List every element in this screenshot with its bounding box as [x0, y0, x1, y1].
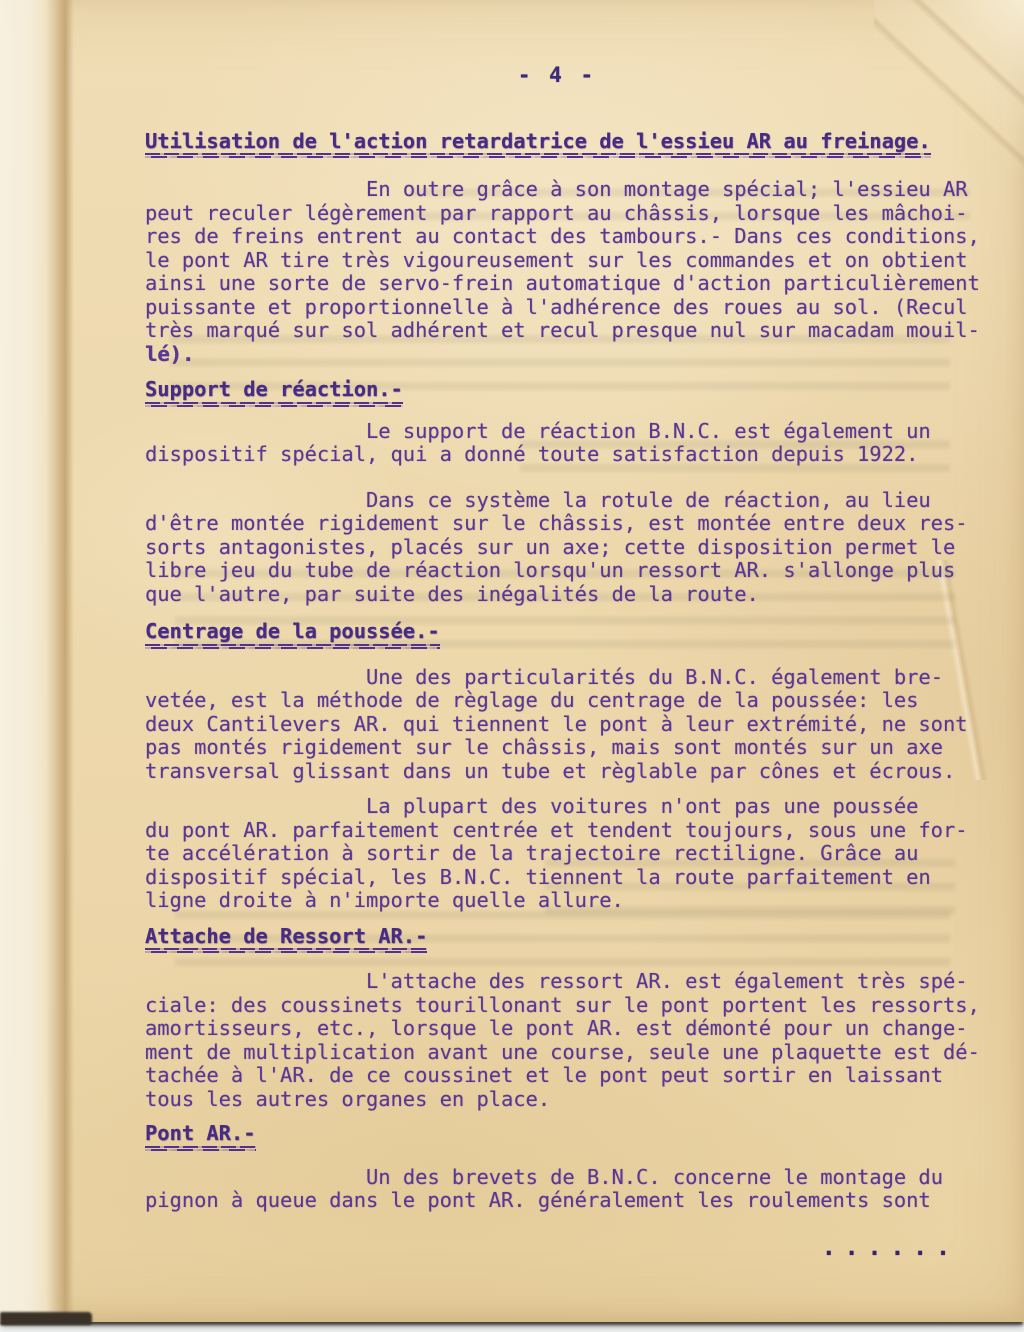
paragraph-text: La plupart des voitures n'ont pas une po… — [145, 794, 968, 912]
paragraph: Dans ce système la rotule de réaction, a… — [145, 489, 1007, 607]
paragraph: Un des brevets de B.N.C. concerne le mon… — [145, 1166, 1007, 1213]
footer-dots: ...... — [145, 1237, 1007, 1261]
heading-underline — [145, 402, 403, 407]
paper-fold-left-edge — [0, 0, 74, 1322]
heading-underline — [145, 948, 427, 953]
heading-text: Utilisation de l'action retardatrice de … — [145, 129, 931, 153]
paragraph-text: L'attache des ressort AR. est également … — [145, 969, 980, 1111]
heading-underline — [145, 644, 440, 649]
paragraph-text: Une des particularités du B.N.C. égaleme… — [145, 665, 968, 783]
paragraph: Le support de réaction B.N.C. est égalem… — [145, 420, 1007, 467]
section-heading-pont-ar: Pont AR.- — [145, 1122, 1007, 1151]
section-heading-support-de-reaction: Support de réaction.- — [145, 378, 1007, 407]
paragraph-text: En outre grâce à son montage spécial; l'… — [145, 177, 980, 342]
paragraph: L'attache des ressort AR. est également … — [145, 970, 1007, 1111]
heading-underline — [145, 1146, 256, 1151]
paper-edge-shadow — [0, 1312, 92, 1325]
section-heading-attache-de-ressort: Attache de Ressort AR.- — [145, 925, 1007, 954]
paragraph: Une des particularités du B.N.C. égaleme… — [145, 666, 1007, 784]
paragraph: La plupart des voitures n'ont pas une po… — [145, 795, 1007, 913]
typewritten-content: - 4 - Utilisation de l'action retardatri… — [145, 0, 1007, 1260]
overstruck-text: lé). — [145, 342, 194, 366]
paragraph: En outre grâce à son montage spécial; l'… — [145, 178, 1007, 366]
document-page: - 4 - Utilisation de l'action retardatri… — [0, 0, 1024, 1322]
paragraph-text: Dans ce système la rotule de réaction, a… — [145, 488, 968, 606]
section-heading-utilisation: Utilisation de l'action retardatrice de … — [145, 130, 1007, 159]
heading-text: Pont AR.- — [145, 1121, 256, 1145]
heading-text: Centrage de la poussée.- — [145, 619, 440, 643]
paragraph-text: Le support de réaction B.N.C. est égalem… — [145, 419, 931, 467]
heading-text: Attache de Ressort AR.- — [145, 924, 427, 948]
section-heading-centrage-de-la-poussee: Centrage de la poussée.- — [145, 620, 1007, 649]
heading-text: Support de réaction.- — [145, 377, 403, 401]
paragraph-text: Un des brevets de B.N.C. concerne le mon… — [145, 1165, 943, 1213]
heading-underline — [145, 153, 931, 158]
page-number: - 4 - — [107, 64, 1007, 88]
